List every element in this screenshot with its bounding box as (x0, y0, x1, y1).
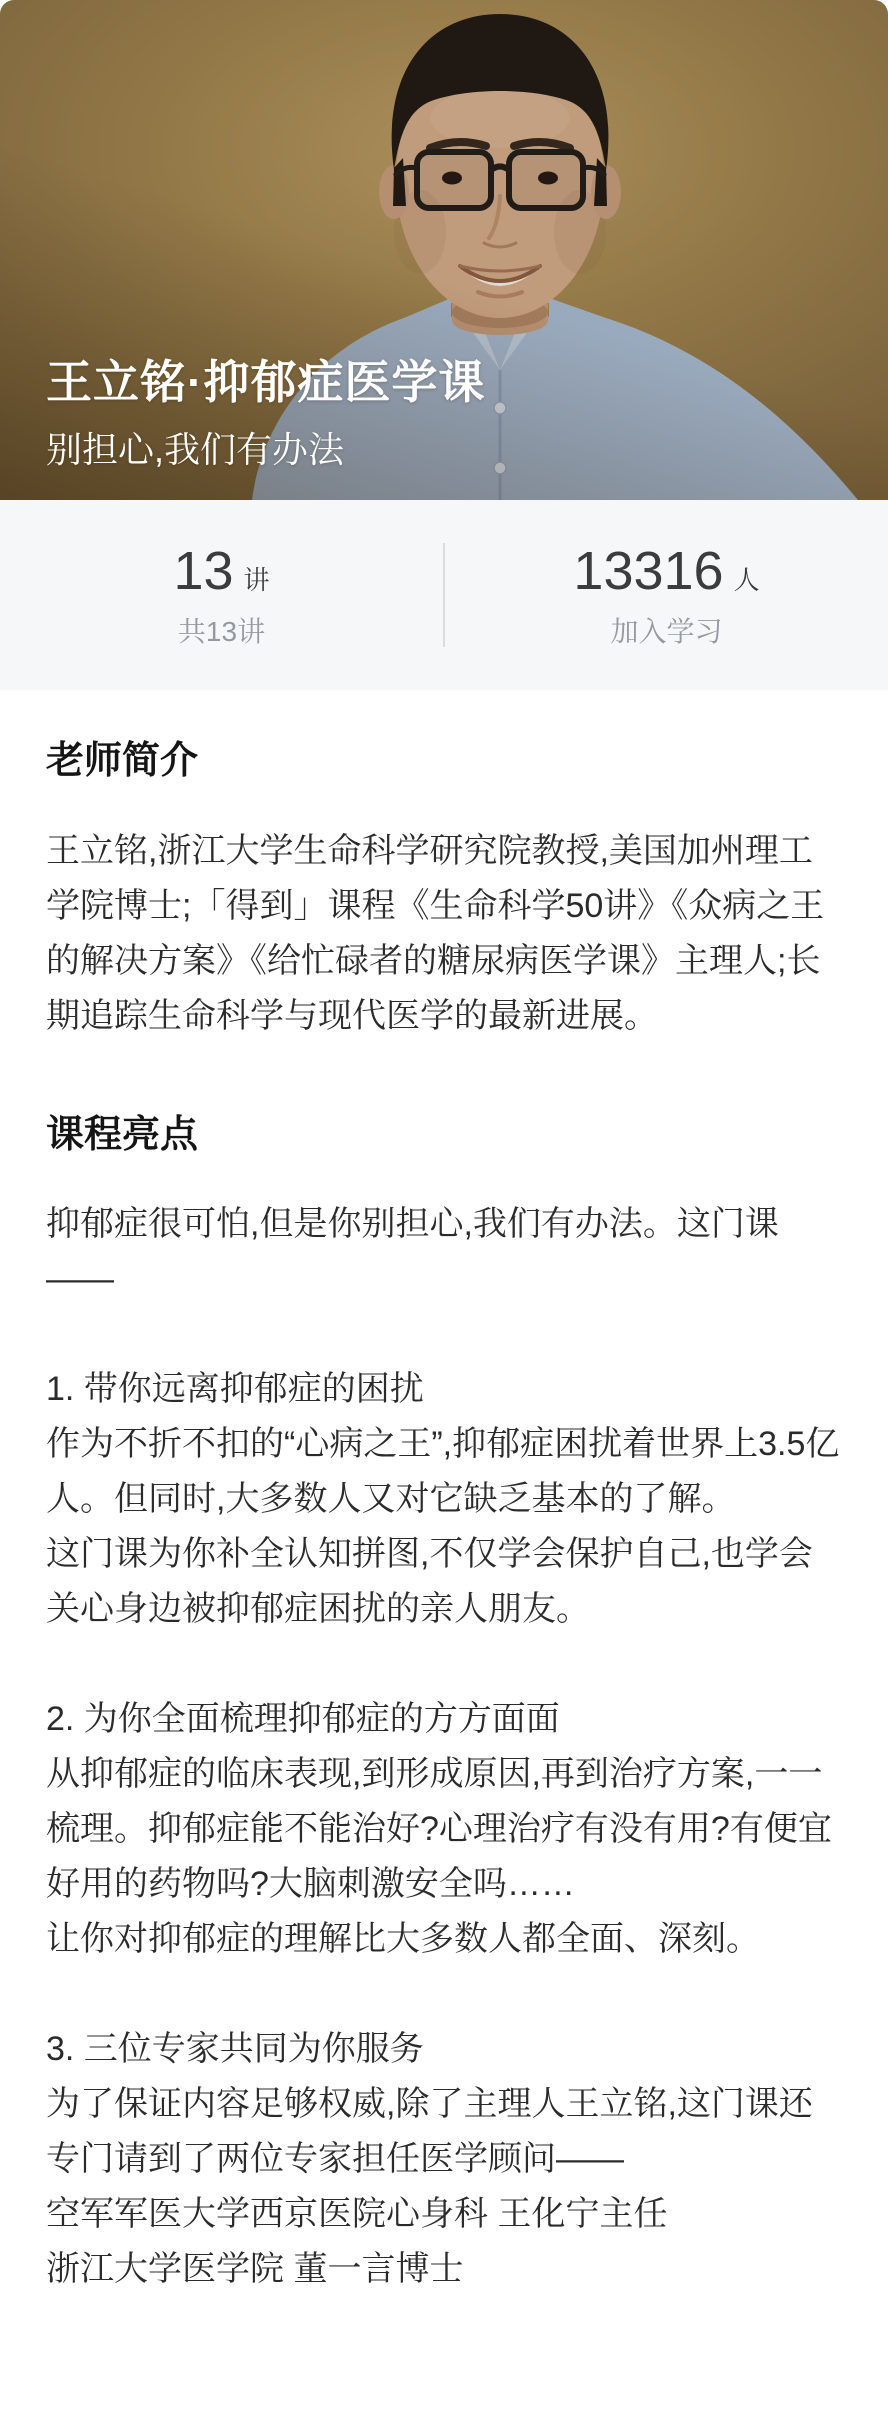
course-page: 王立铭·抑郁症医学课 别担心,我们有办法 13讲 共13讲 13316人 加入学… (0, 0, 888, 2316)
lecture-count-label: 共13讲 (0, 618, 443, 646)
stats-bar: 13讲 共13讲 13316人 加入学习 (0, 500, 888, 690)
section-heading-course-highlights: 课程亮点 (46, 1114, 842, 1158)
highlights-intro-paragraph: 抑郁症很可怕,但是你别担心,我们有办法。这门课—— (46, 1197, 842, 1307)
learner-count-unit: 人 (734, 565, 760, 595)
course-hero: 王立铭·抑郁症医学课 别担心,我们有办法 (0, 0, 888, 500)
section-heading-teacher-intro: 老师简介 (46, 740, 842, 784)
lecture-count-number: 13 (173, 541, 233, 601)
stat-learner-count: 13316人 加入学习 (445, 544, 888, 646)
learner-count-value: 13316人 (445, 544, 888, 598)
highlight-2-paragraph: 2. 为你全面梳理抑郁症的方方面面 从抑郁症的临床表现,到形成原因,再到治疗方案… (46, 1692, 842, 1967)
lecture-count-value: 13讲 (0, 544, 443, 598)
learner-count-number: 13316 (573, 541, 723, 601)
stat-lecture-count: 13讲 共13讲 (0, 544, 443, 646)
highlight-1-paragraph: 1. 带你远离抑郁症的困扰 作为不折不扣的“心病之王”,抑郁症困扰着世界上3.5… (46, 1362, 842, 1637)
learner-count-label: 加入学习 (445, 618, 888, 646)
hero-text-block: 王立铭·抑郁症医学课 别担心,我们有办法 (46, 358, 842, 470)
course-subtitle: 别担心,我们有办法 (46, 430, 842, 470)
course-title: 王立铭·抑郁症医学课 (46, 358, 842, 406)
lecture-count-unit: 讲 (244, 565, 270, 595)
teacher-bio-paragraph: 王立铭,浙江大学生命科学研究院教授,美国加州理工学院博士;「得到」课程《生命科学… (46, 824, 842, 1044)
highlight-3-paragraph: 3. 三位专家共同为你服务 为了保证内容足够权威,除了主理人王立铭,这门课还专门… (46, 2022, 842, 2297)
course-detail-content: 老师简介 王立铭,浙江大学生命科学研究院教授,美国加州理工学院博士;「得到」课程… (0, 740, 888, 2316)
